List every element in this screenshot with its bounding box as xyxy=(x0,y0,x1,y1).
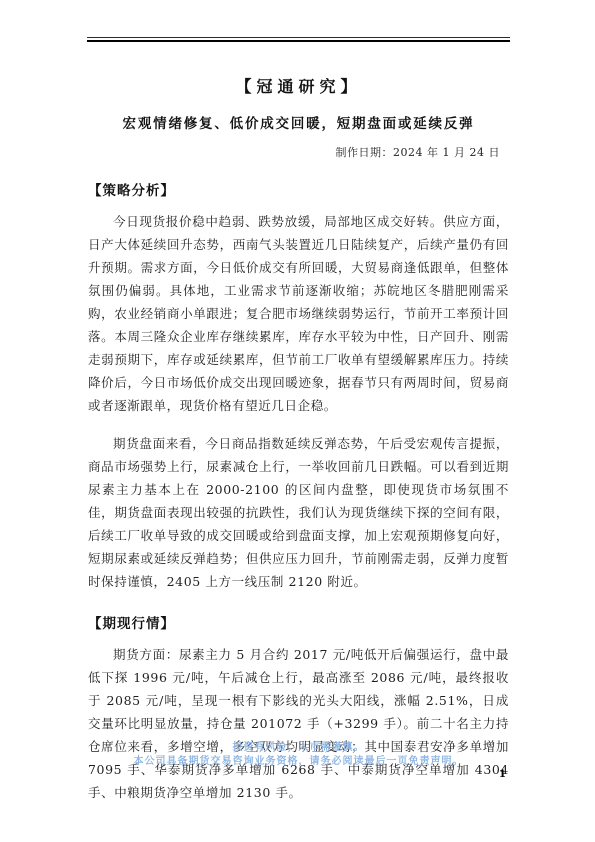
disclaimer-line: 本公司具备期货交易咨询业务资格，请务必阅读最后一页免责声明。 xyxy=(88,755,509,769)
section-heading-strategy: 【策略分析】 xyxy=(88,179,509,199)
section-futures-spot-quotes: 【期现行情】 期货方面：尿素主力 5 月合约 2017 元/吨低开后偏强运行，盘… xyxy=(88,612,509,804)
page-footer: 投资有风险，入市需谨慎。 本公司具备期货交易咨询业务资格，请务必阅读最后一页免责… xyxy=(88,741,509,768)
document-page: 【冠通研究】 宏观情绪修复、低价成交回暖，短期盘面或延续反弹 制作日期：2024… xyxy=(0,0,595,842)
paragraph-futures-outlook: 期货盘面来看，今日商品指数延续反弹态势，午后受宏观传言提振，商品市场强势上行，尿… xyxy=(88,432,509,593)
header-double-rule xyxy=(87,37,510,42)
page-number: 1 xyxy=(499,768,506,780)
report-date: 制作日期：2024 年 1 月 24 日 xyxy=(88,144,509,160)
section-strategy-analysis: 【策略分析】 今日现货报价稳中趋弱、跌势放缓，局部地区成交好转。供应方面，日产大… xyxy=(88,179,509,593)
paragraph-futures-detail: 期货方面：尿素主力 5 月合约 2017 元/吨低开后偏强运行，盘中最低下探 1… xyxy=(88,643,509,804)
risk-warning-line: 投资有风险，入市需谨慎。 xyxy=(88,741,509,755)
section-heading-quotes: 【期现行情】 xyxy=(88,612,509,632)
paragraph-spot-market: 今日现货报价稳中趋弱、跌势放缓，局部地区成交好转。供应方面，日产大体延续回升态势… xyxy=(88,210,509,417)
series-title: 【冠通研究】 xyxy=(88,74,509,97)
page-content: 【冠通研究】 宏观情绪修复、低价成交回暖，短期盘面或延续反弹 制作日期：2024… xyxy=(88,43,509,804)
report-title: 宏观情绪修复、低价成交回暖，短期盘面或延续反弹 xyxy=(88,112,509,132)
header-rule-thin-line xyxy=(87,37,510,38)
header-rule-thick-line xyxy=(87,40,510,42)
